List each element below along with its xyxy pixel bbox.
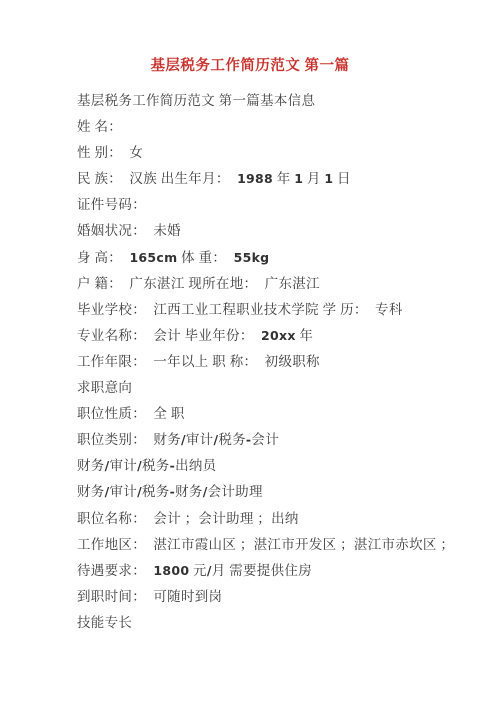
- resume-line: 专业名称： 会计 毕业年份： 20xx 年: [77, 323, 476, 349]
- resume-line: 技能专长: [77, 610, 476, 636]
- ascii-text: /: [105, 484, 110, 499]
- ascii-text: /: [207, 563, 212, 578]
- resume-line: 财务/审计/税务-财务/会计助理: [77, 479, 476, 505]
- resume-line: 职位类别： 财务/审计/税务-会计: [77, 427, 476, 453]
- ascii-text: 20xx: [261, 328, 296, 343]
- ascii-text: 1: [294, 171, 303, 186]
- resume-line: 职位名称： 会计 ；会计助理 ；出纳: [77, 506, 476, 532]
- ascii-text: 55kg: [234, 250, 270, 265]
- ascii-text: 1800: [153, 563, 189, 578]
- document-page: 基层税务工作简历范文 第一篇 基层税务工作简历范文 第一篇基本信息 姓 名：性 …: [0, 0, 500, 707]
- ascii-text: /: [137, 484, 142, 499]
- ascii-text: 1988: [237, 171, 273, 186]
- ascii-text: /: [213, 432, 218, 447]
- resume-line: 工作年限： 一年以上 职 称： 初级职称: [77, 349, 476, 375]
- resume-line: 婚姻状况： 未婚: [77, 218, 476, 244]
- resume-line: 待遇要求： 1800 元/月 需要提供住房: [77, 558, 476, 584]
- resume-line: 毕业学校： 江西工业工程职业技术学院 学 历： 专科: [77, 297, 476, 323]
- document-title: 基层税务工作简历范文 第一篇: [0, 0, 500, 74]
- resume-line: 民 族： 汉族 出生年月： 1988 年 1 月 1 日: [77, 166, 476, 192]
- resume-line: 工作地区： 湛江市霞山区 ；湛江市开发区 ；湛江市赤坎区 ；: [77, 532, 476, 558]
- resume-line: 到职时间： 可随时到岗: [77, 584, 476, 610]
- resume-line: 财务/审计/税务-出纳员: [77, 453, 476, 479]
- resume-line: 证件号码：: [77, 192, 476, 218]
- ascii-text: /: [203, 484, 208, 499]
- ascii-text: -: [170, 484, 176, 499]
- ascii-text: 165cm: [129, 250, 177, 265]
- resume-line: 职位性质： 全 职: [77, 401, 476, 427]
- resume-line: 姓 名：: [77, 114, 476, 140]
- ascii-text: /: [105, 458, 110, 473]
- ascii-text: -: [246, 432, 252, 447]
- resume-line: 身 高： 165cm 体 重： 55kg: [77, 245, 476, 271]
- resume-line: 性 别： 女: [77, 140, 476, 166]
- resume-line: 求职意向: [77, 375, 476, 401]
- ascii-text: /: [181, 432, 186, 447]
- ascii-text: -: [170, 458, 176, 473]
- resume-line: 户 籍： 广东湛江 现所在地： 广东湛江: [77, 271, 476, 297]
- ascii-text: /: [137, 458, 142, 473]
- document-heading: 基层税务工作简历范文 第一篇基本信息: [77, 88, 476, 114]
- ascii-text: 1: [324, 171, 333, 186]
- resume-body: 基层税务工作简历范文 第一篇基本信息 姓 名：性 别： 女民 族： 汉族 出生年…: [0, 88, 500, 636]
